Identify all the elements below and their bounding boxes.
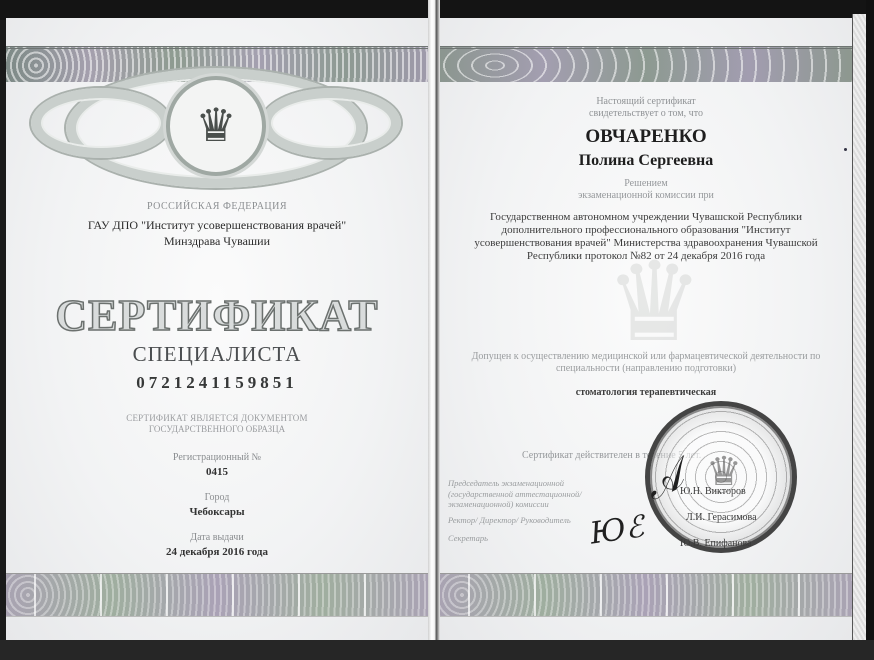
certificate-title: СЕРТИФИКАТ bbox=[6, 290, 428, 341]
certificate-left-page: ♛ РОССИЙСКАЯ ФЕДЕРАЦИЯ ГАУ ДПО "Институт… bbox=[6, 18, 428, 640]
decision-label: Решением bbox=[440, 178, 852, 189]
scan-frame-bottom bbox=[0, 640, 874, 660]
handwritten-signature-2-icon: Юℰ bbox=[588, 509, 646, 551]
organization-name: ГАУ ДПО "Институт усовершенствования вра… bbox=[6, 218, 428, 233]
book-spine bbox=[428, 0, 440, 660]
coat-of-arms-emblem: ♛ bbox=[166, 76, 266, 176]
holder-given-names: Полина Сергеевна bbox=[440, 152, 852, 170]
ornament-knot-right bbox=[261, 88, 401, 158]
certificate-number: 0721241159851 bbox=[6, 373, 428, 393]
guilloche-band-bottom bbox=[6, 573, 428, 617]
double-headed-eagle-icon: ♛ bbox=[195, 103, 236, 149]
signatory-rector: Л.И. Герасимова bbox=[686, 512, 757, 523]
registration-number: 0415 bbox=[6, 466, 428, 478]
issue-date: 24 декабря 2016 года bbox=[6, 546, 428, 558]
emblem-ornament: ♛ bbox=[26, 58, 406, 198]
guilloche-band-top bbox=[440, 46, 852, 82]
scan-frame-right bbox=[866, 0, 874, 660]
city-value: Чебоксары bbox=[6, 506, 428, 518]
intro-text: Настоящий сертификат bbox=[440, 96, 852, 107]
page-edge bbox=[852, 14, 866, 640]
city-label: Город bbox=[6, 492, 428, 503]
ornament-knot-left bbox=[31, 88, 171, 158]
ink-dot bbox=[844, 148, 847, 151]
chair-role-label: Председатель экзаменационной (государств… bbox=[448, 478, 608, 510]
holder-surname: ОВЧАРЕНКО bbox=[440, 126, 852, 148]
intro-text-2: свидетельствует о том, что bbox=[440, 108, 852, 119]
issue-date-label: Дата выдачи bbox=[6, 532, 428, 543]
registration-label: Регистрационный № bbox=[6, 452, 428, 463]
signatory-secretary: Ю.В. Епифанова bbox=[680, 538, 752, 549]
state-document-note-2: ГОСУДАРСТВЕННОГО ОБРАЗЦА bbox=[6, 424, 428, 434]
certificate-right-page: ♛ Настоящий сертификат свидетельствует о… bbox=[440, 18, 852, 640]
guilloche-band-bottom bbox=[440, 573, 852, 617]
institution-text: Государственном автономном учреждении Чу… bbox=[440, 211, 852, 263]
state-document-note: СЕРТИФИКАТ ЯВЛЯЕТСЯ ДОКУМЕНТОМ bbox=[6, 413, 428, 423]
organization-ministry: Минздрава Чувашии bbox=[6, 234, 428, 249]
secretary-role-label: Секретарь bbox=[448, 533, 488, 544]
certificate-subtitle: СПЕЦИАЛИСТА bbox=[6, 342, 428, 367]
country-name: РОССИЙСКАЯ ФЕДЕРАЦИЯ bbox=[6, 201, 428, 212]
admission-text: Допущен к осуществлению медицинской или … bbox=[440, 351, 852, 375]
rector-role-label: Ректор/ Директор/ Руководитель bbox=[448, 515, 571, 526]
specialty: стоматология терапевтическая bbox=[440, 387, 852, 398]
decision-label-2: экзаменационной комиссии при bbox=[440, 190, 852, 201]
